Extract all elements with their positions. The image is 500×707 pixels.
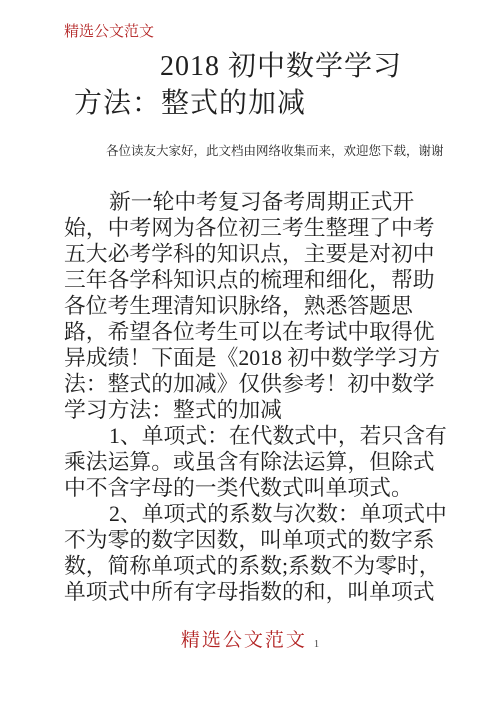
title-line-2: 方法：整式的加减 — [74, 86, 460, 123]
body-line: 2、单项式的系数与次数：单项式中 — [64, 501, 437, 527]
document-title: 2018 初中数学学习 方法：整式的加减 — [74, 49, 460, 122]
body-line: 学习方法：整式的加减 — [64, 397, 437, 423]
download-notice: 各位读友大家好，此文档由网络收集而来，欢迎您下载，谢谢 — [106, 144, 444, 158]
body-line: 新一轮中考复习备考周期正式开 — [64, 189, 437, 215]
body-line: 乘法运算。或虽含有除法运算，但除式 — [64, 449, 437, 475]
header-brand: 精选公文范文 — [64, 24, 154, 40]
body-line: 路，希望各位考生可以在考试中取得优 — [64, 319, 437, 345]
body-line: 法：整式的加减》仅供参考！初中数学 — [64, 371, 437, 397]
body-line: 三年各学科知识点的梳理和细化，帮助 — [64, 267, 437, 293]
body-line: 1、单项式：在代数式中，若只含有 — [64, 423, 437, 449]
page-footer: 精选公文范文 1 — [0, 630, 500, 652]
body-line: 不为零的数字因数，叫单项式的数字系 — [64, 527, 437, 553]
title-line-1: 2018 初中数学学习 — [74, 49, 460, 86]
footer-brand: 精选公文范文 — [181, 630, 307, 652]
body-text: 新一轮中考复习备考周期正式开 始，中考网为各位初三考生整理了中考 五大必考学科的… — [64, 189, 437, 605]
body-line: 各位考生理清知识脉络，熟悉答题思 — [64, 293, 437, 319]
body-line: 异成绩！下面是《2018 初中数学学习方 — [64, 345, 437, 371]
body-line: 数，简称单项式的系数;系数不为零时， — [64, 553, 437, 579]
document-page: 精选公文范文 2018 初中数学学习 方法：整式的加减 各位读友大家好，此文档由… — [0, 0, 500, 707]
body-line: 单项式中所有字母指数的和，叫单项式 — [64, 579, 437, 605]
body-line: 始，中考网为各位初三考生整理了中考 — [64, 215, 437, 241]
body-line: 中不含字母的一类代数式叫单项式。 — [64, 475, 437, 501]
body-line: 五大必考学科的知识点，主要是对初中 — [64, 241, 437, 267]
page-number: 1 — [314, 637, 319, 652]
